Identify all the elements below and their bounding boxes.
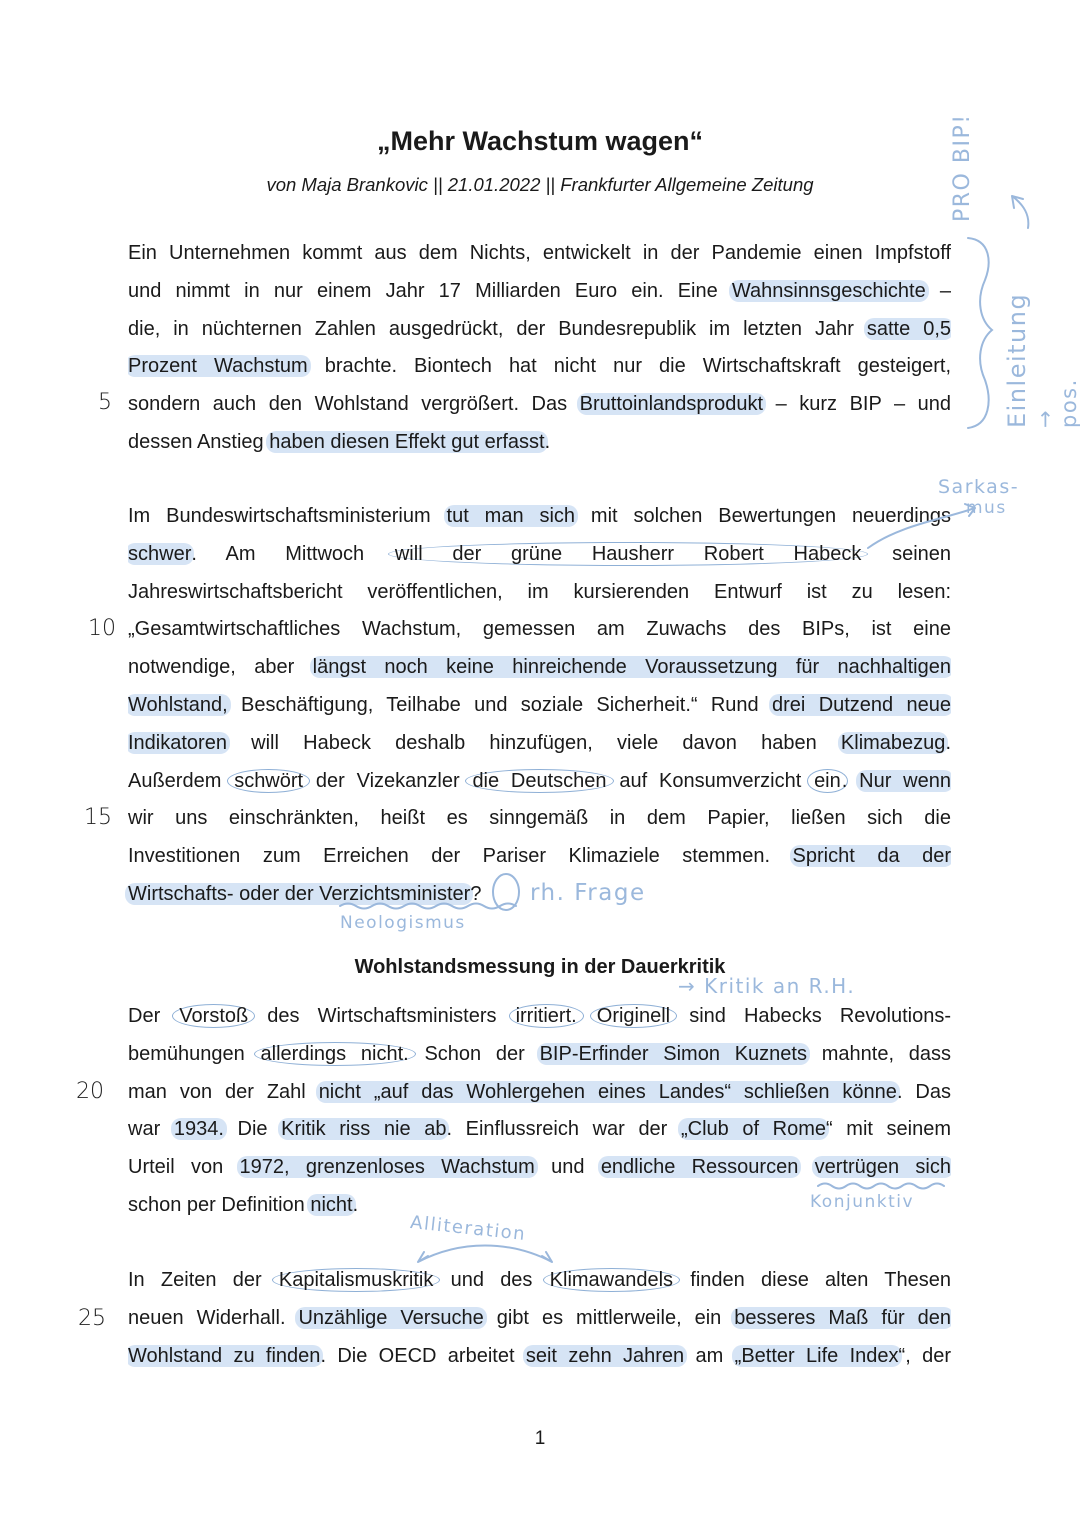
text-line: Wohlstand zu finden. Die OECD arbeitet s… — [128, 1343, 951, 1369]
text-run: – kurz BIP – und — [763, 393, 951, 415]
text-line: Investitionen zum Erreichen der Pariser … — [128, 843, 951, 869]
text-line: sondern auch den Wohlstand vergrößert. D… — [128, 391, 951, 417]
text-run: seinen — [862, 543, 951, 565]
text-line: neuen Widerhall. Unzählige Versuche gibt… — [128, 1305, 951, 1331]
highlighted-phrase: seit zehn Jahren — [523, 1345, 687, 1367]
note-einleitung: Einleitung — [1003, 293, 1031, 428]
highlighted-phrase: Nur wenn — [856, 770, 951, 792]
text-run: brachte. Biontech hat nicht nur die Wirt… — [308, 355, 951, 377]
text-line: man von der Zahl nicht „auf das Wohlerge… — [128, 1079, 951, 1105]
text-run: gibt es mittlerweile, ein — [484, 1307, 734, 1329]
text-line: Außerdem schwört der Vizekanzler die Deu… — [128, 768, 951, 794]
article-title: „Mehr Wachstum wagen“ — [0, 126, 1080, 157]
text-line: dessen Anstieg haben diesen Effekt gut e… — [128, 429, 951, 455]
text-run: notwendige, aber — [128, 656, 313, 678]
text-line: wir uns einschränkten, heißt es sinngemä… — [128, 805, 951, 831]
text-run: wir uns einschränkten, heißt es sinngemä… — [128, 807, 951, 829]
text-run: . — [545, 431, 551, 453]
text-line: die, in nüchternen Zahlen ausgedrückt, d… — [128, 316, 951, 342]
text-run: Investitionen zum Erreichen der Pariser … — [128, 845, 793, 867]
text-line: war 1934. Die Kritik riss nie ab. Einflu… — [128, 1116, 951, 1142]
highlighted-phrase: BIP-Erfinder Simon Kuznets — [537, 1043, 810, 1065]
note-pos-bsp: → pos. Bsp. — [1033, 377, 1080, 428]
brace-icon — [968, 238, 992, 428]
text-run: Der — [128, 1005, 178, 1027]
text-run: finden diese alten Thesen — [674, 1269, 951, 1291]
text-run: Schon der — [410, 1043, 540, 1065]
text-line: Wohlstand, Beschäftigung, Teilhabe und s… — [128, 692, 951, 718]
text-run: will Habeck deshalb hinzufügen, viele da… — [227, 732, 841, 754]
highlighted-phrase: Prozent Wachstum — [128, 355, 311, 377]
text-run: Ein Unternehmen kommt aus dem Nichts, en… — [128, 242, 951, 264]
line-number-15: 15 — [84, 805, 112, 830]
text-run: Jahreswirtschaftsbericht veröffentlichen… — [128, 581, 951, 603]
text-line: Der Vorstoß des Wirtschaftsministers irr… — [128, 1003, 951, 1029]
text-run: Die — [224, 1118, 281, 1140]
text-run: . Einflussreich war der — [446, 1118, 681, 1140]
line-number-5: 5 — [98, 390, 112, 415]
highlighted-phrase: längst noch keine hinreichende Vorausset… — [310, 656, 951, 678]
circled-phrase: will der grüne Hausherr Robert Habeck — [388, 542, 869, 566]
line-number-10: 10 — [88, 616, 116, 641]
line-number-20: 20 — [76, 1079, 104, 1104]
note-kritik-an-rh: → Kritik an R.H. — [678, 974, 855, 998]
highlighted-phrase: nicht „auf das Wohlergehen eines Landes“… — [316, 1081, 900, 1103]
text-run: dessen Anstieg — [128, 431, 269, 453]
text-run: am — [684, 1345, 734, 1367]
text-run: . — [353, 1194, 359, 1216]
text-run: „Gesamtwirtschaftliches Wachstum, gemess… — [128, 618, 951, 640]
text-run: bemühungen — [128, 1043, 260, 1065]
highlighted-phrase: Wahnsinnsgeschichte — [729, 280, 929, 302]
text-line: Prozent Wachstum brachte. Biontech hat n… — [128, 353, 951, 379]
line-number-25: 25 — [78, 1306, 106, 1331]
document-page: „Mehr Wachstum wagen“ von Maja Brankovic… — [0, 0, 1080, 1527]
circled-phrase: irritiert. — [509, 1004, 584, 1028]
text-run: . Am Mittwoch — [191, 543, 394, 565]
text-run: mahnte, dass — [807, 1043, 951, 1065]
text-run: Außerdem — [128, 770, 233, 792]
highlighted-phrase: Wohlstand zu finden — [128, 1345, 323, 1367]
text-line: Im Bundeswirtschaftsministerium tut man … — [128, 503, 951, 529]
text-run: sind Habecks Revolutions- — [671, 1005, 951, 1027]
text-run: und — [535, 1156, 601, 1178]
highlighted-phrase: tut man sich — [444, 505, 578, 527]
text-run: der Vizekanzler — [304, 770, 471, 792]
circled-phrase: schwört — [227, 769, 310, 793]
highlighted-phrase: Klimabezug — [838, 732, 949, 754]
note-rhetorical-question: rh. Frage — [530, 880, 646, 906]
text-run: und nimmt in nur einem Jahr 17 Milliarde… — [128, 280, 732, 302]
text-run: . — [945, 732, 951, 754]
text-line: und nimmt in nur einem Jahr 17 Milliarde… — [128, 278, 951, 304]
text-run: des Wirtschaftsministers — [249, 1005, 514, 1027]
text-run: neuen Widerhall. — [128, 1307, 298, 1329]
circled-phrase: Kapitalismuskritik — [272, 1268, 440, 1292]
text-run: war — [128, 1118, 174, 1140]
text-line: Ein Unternehmen kommt aus dem Nichts, en… — [128, 240, 951, 266]
arrow-up-icon — [1012, 196, 1028, 228]
text-run: mit solchen Bewertungen neuerdings — [575, 505, 951, 527]
note-pro-bip: PRO BIP! — [950, 113, 975, 222]
highlighted-phrase: „Better Life Index — [732, 1345, 902, 1367]
highlighted-phrase: Indikatoren — [128, 732, 230, 754]
circled-phrase: Klimawandels — [543, 1268, 680, 1292]
page-number: 1 — [0, 1428, 1080, 1450]
text-run: schon per Definition — [128, 1194, 310, 1216]
text-line: In Zeiten der Kapitalismuskritik und des… — [128, 1267, 951, 1293]
text-run: Im Bundeswirtschaftsministerium — [128, 505, 447, 527]
highlighted-phrase: haben diesen Effekt gut erfasst — [266, 431, 547, 453]
note-sarkasmus-1: Sarkas- — [938, 476, 1019, 498]
text-run: die, in nüchternen Zahlen ausgedrückt, d… — [128, 318, 867, 340]
circled-phrase: Vorstoß — [172, 1004, 255, 1028]
highlighted-phrase: Wohlstand, — [128, 694, 231, 716]
highlighted-phrase: 1972, grenzenloses Wachstum — [237, 1156, 538, 1178]
highlighted-phrase: Spricht da der — [790, 845, 951, 867]
highlighted-phrase: „Club of Rome — [678, 1118, 829, 1140]
text-run: . Die OECD arbeitet — [320, 1345, 525, 1367]
highlighted-phrase: endliche Ressourcen — [598, 1156, 802, 1178]
text-run: Urteil von — [128, 1156, 240, 1178]
text-run: man von der Zahl — [128, 1081, 319, 1103]
circled-phrase: Originell — [590, 1004, 677, 1028]
text-run: . Das — [897, 1081, 951, 1103]
article-byline: von Maja Brankovic || 21.01.2022 || Fran… — [0, 174, 1080, 196]
highlighted-phrase: satte 0,5 — [864, 318, 951, 340]
text-run: “, der — [899, 1345, 951, 1367]
highlighted-phrase: vertrügen sich — [812, 1156, 951, 1178]
text-run: und des — [434, 1269, 548, 1291]
text-line: Indikatoren will Habeck deshalb hinzufüg… — [128, 730, 951, 756]
text-run: ? — [470, 883, 481, 905]
text-line: „Gesamtwirtschaftliches Wachstum, gemess… — [128, 616, 951, 642]
text-run: “ mit seinem — [826, 1118, 951, 1140]
note-neologismus: Neologismus — [340, 913, 466, 933]
highlighted-phrase: drei Dutzend neue — [769, 694, 951, 716]
highlighted-phrase: 1934. — [171, 1118, 227, 1140]
annotation-strokes — [0, 0, 1080, 1527]
circled-phrase: die Deutschen — [465, 769, 613, 793]
highlighted-phrase: besseres Maß für den — [731, 1307, 951, 1329]
circled-phrase: allerdings nicht. — [254, 1042, 416, 1066]
note-konjunktiv: Konjunktiv — [810, 1192, 914, 1212]
note-sarkasmus-2: mus — [966, 498, 1007, 518]
text-line: Jahreswirtschaftsbericht veröffentlichen… — [128, 579, 951, 605]
text-run: sondern auch den Wohlstand vergrößert. D… — [128, 393, 580, 415]
text-line: notwendige, aber längst noch keine hinre… — [128, 654, 951, 680]
highlighted-phrase: schwer — [128, 543, 194, 565]
text-run: In Zeiten der — [128, 1269, 278, 1291]
highlighted-phrase: Wirtschafts- oder der Verzichtsminister — [125, 883, 473, 905]
text-line: bemühungen allerdings nicht. Schon der B… — [128, 1041, 951, 1067]
text-run: – — [926, 280, 951, 302]
highlighted-phrase: nicht — [307, 1194, 355, 1216]
section-heading: Wohlstandsmessung in der Dauerkritik — [0, 956, 1080, 979]
text-run: auf Konsumverzicht — [608, 770, 814, 792]
highlighted-phrase: Kritik riss nie ab — [278, 1118, 449, 1140]
highlighted-phrase: Unzählige Versuche — [295, 1307, 486, 1329]
text-line: schwer. Am Mittwoch will der grüne Haush… — [128, 541, 951, 567]
text-line: Urteil von 1972, grenzenloses Wachstum u… — [128, 1154, 951, 1180]
text-run: Beschäftigung, Teilhabe und soziale Sich… — [228, 694, 772, 716]
highlighted-phrase: Bruttoinlandsprodukt — [577, 393, 766, 415]
